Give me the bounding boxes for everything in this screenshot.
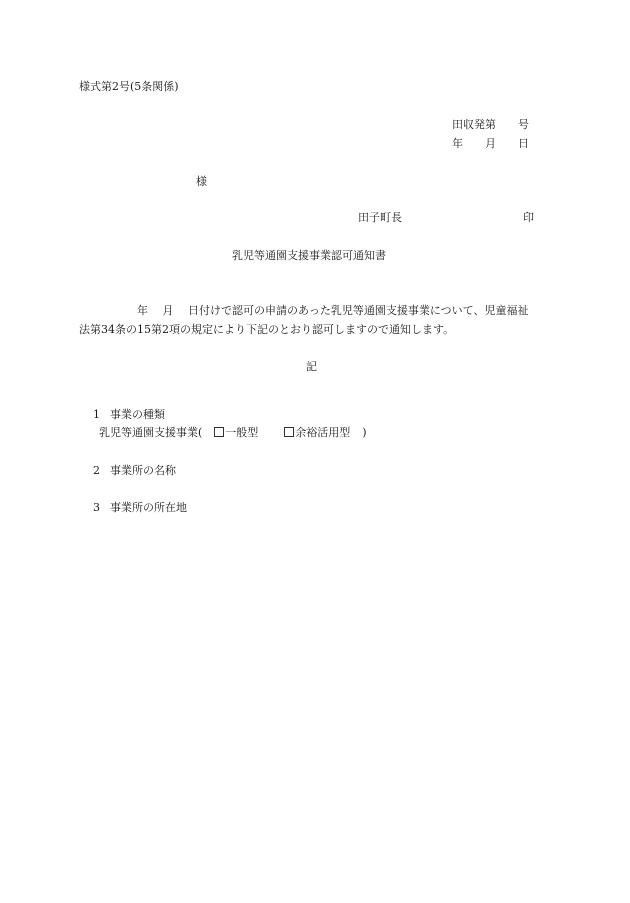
document-date: 年 月 日 [452, 138, 529, 149]
item-3-heading: 3事業所の所在地 [79, 491, 187, 524]
business-type-suffix: ) [362, 426, 366, 439]
document-number: 田収発第 号 [452, 119, 529, 130]
checkbox-spare-capacity-type[interactable] [284, 427, 294, 437]
item-number: 3 [93, 502, 110, 513]
form-number: 様式第2号(5条関係) [79, 81, 179, 92]
item-1-detail: 乳児等通園支援事業(一般型余裕活用型) [85, 416, 367, 449]
body-text-line-1: 年 月 日付けで認可の申請のあった乳児等通園支援事業について、児童福祉 [137, 305, 528, 316]
business-type-prefix: 乳児等通園支援事業( [99, 426, 202, 439]
option-spare-capacity-type-label: 余裕活用型 [295, 426, 350, 439]
item-label: 事業所の所在地 [110, 501, 187, 514]
item-2-heading: 2事業所の名称 [79, 454, 176, 487]
ki-heading: 記 [306, 361, 317, 372]
document-title: 乳児等通園支援事業認可通知書 [232, 250, 386, 261]
issuer-name: 田子町長 [358, 212, 402, 223]
body-text-line-2: 法第34条の15第2項の規定により下記のとおり認可しますので通知します。 [79, 324, 454, 335]
seal-mark: 印 [523, 212, 534, 223]
checkbox-general-type[interactable] [214, 427, 224, 437]
option-general-type-label: 一般型 [225, 426, 258, 439]
addressee-suffix: 様 [196, 176, 207, 187]
item-number: 2 [93, 465, 110, 476]
item-label: 事業所の名称 [110, 464, 176, 477]
